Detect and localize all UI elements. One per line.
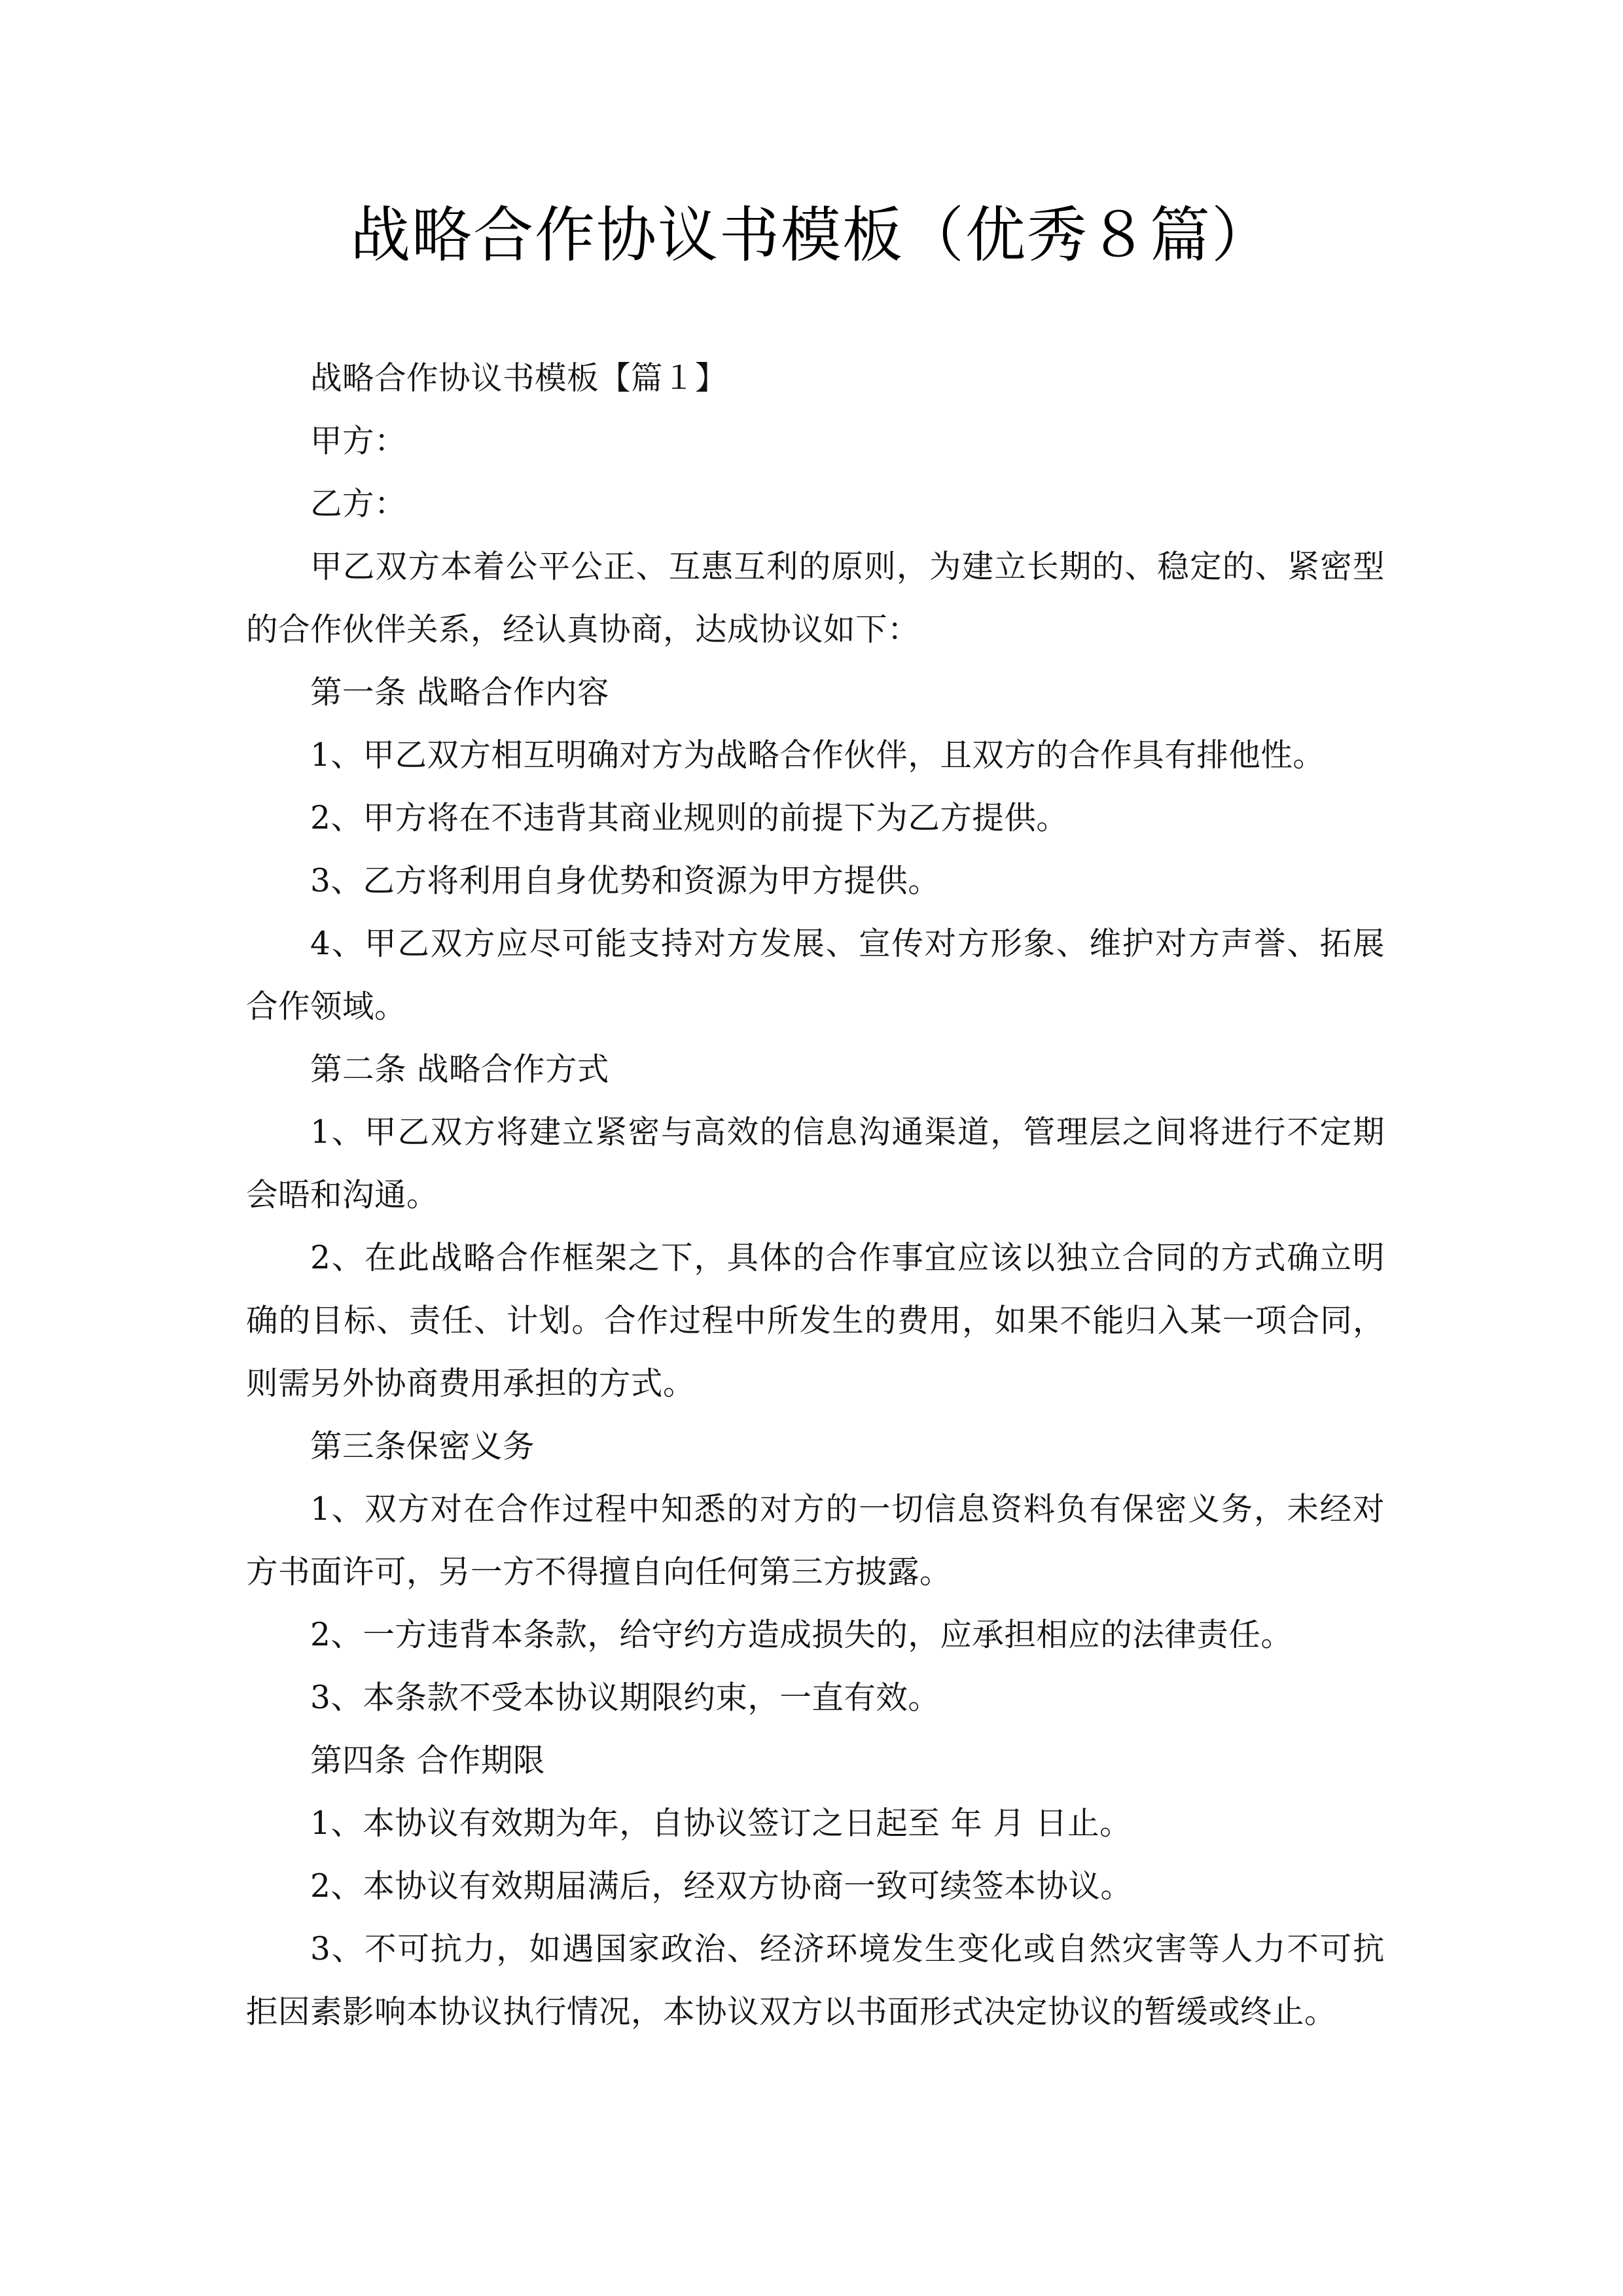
article-1-heading: 第一条 战略合作内容 (246, 661, 1385, 724)
article-1-clause-3: 3、乙方将利用自身优势和资源为甲方提供。 (246, 850, 1385, 912)
party-b-label: 乙方： (246, 473, 1385, 535)
article-2-clause-1: 1、甲乙双方将建立紧密与高效的信息沟通渠道，管理层之间将进行不定期会晤和沟通。 (246, 1101, 1385, 1227)
preamble-paragraph: 甲乙双方本着公平公正、互惠互利的原则，为建立长期的、稳定的、紧密型的合作伙伴关系… (246, 535, 1385, 661)
article-1-clause-1: 1、甲乙双方相互明确对方为战略合作伙伴，且双方的合作具有排他性。 (246, 724, 1385, 787)
document-title: 战略合作协议书模板（优秀８篇） (0, 196, 1623, 275)
article-2-heading: 第二条 战略合作方式 (246, 1038, 1385, 1101)
article-1-clause-2: 2、甲方将在不违背其商业规则的前提下为乙方提供。 (246, 787, 1385, 850)
document-page: 战略合作协议书模板（优秀８篇） 战略合作协议书模板【篇１】 甲方： 乙方： 甲乙… (0, 0, 1623, 2296)
article-3-clause-2: 2、一方违背本条款，给守约方造成损失的，应承担相应的法律责任。 (246, 1604, 1385, 1666)
article-4-heading: 第四条 合作期限 (246, 1729, 1385, 1792)
document-body: 战略合作协议书模板【篇１】 甲方： 乙方： 甲乙双方本着公平公正、互惠互利的原则… (246, 347, 1385, 2043)
article-3-clause-1: 1、双方对在合作过程中知悉的对方的一切信息资料负有保密义务，未经对方书面许可，另… (246, 1478, 1385, 1604)
article-4-clause-1: 1、本协议有效期为年，自协议签订之日起至 年 月 日止。 (246, 1792, 1385, 1855)
party-a-label: 甲方： (246, 410, 1385, 473)
article-1-clause-4: 4、甲乙双方应尽可能支持对方发展、宣传对方形象、维护对方声誉、拓展合作领域。 (246, 912, 1385, 1038)
section-heading-part-1: 战略合作协议书模板【篇１】 (246, 347, 1385, 410)
article-3-heading: 第三条保密义务 (246, 1415, 1385, 1478)
article-2-clause-2: 2、在此战略合作框架之下，具体的合作事宜应该以独立合同的方式确立明确的目标、责任… (246, 1227, 1385, 1415)
article-3-clause-3: 3、本条款不受本协议期限约束，一直有效。 (246, 1666, 1385, 1729)
article-4-clause-2: 2、本协议有效期届满后，经双方协商一致可续签本协议。 (246, 1855, 1385, 1918)
article-4-clause-3: 3、不可抗力，如遇国家政治、经济环境发生变化或自然灾害等人力不可抗拒因素影响本协… (246, 1918, 1385, 2043)
